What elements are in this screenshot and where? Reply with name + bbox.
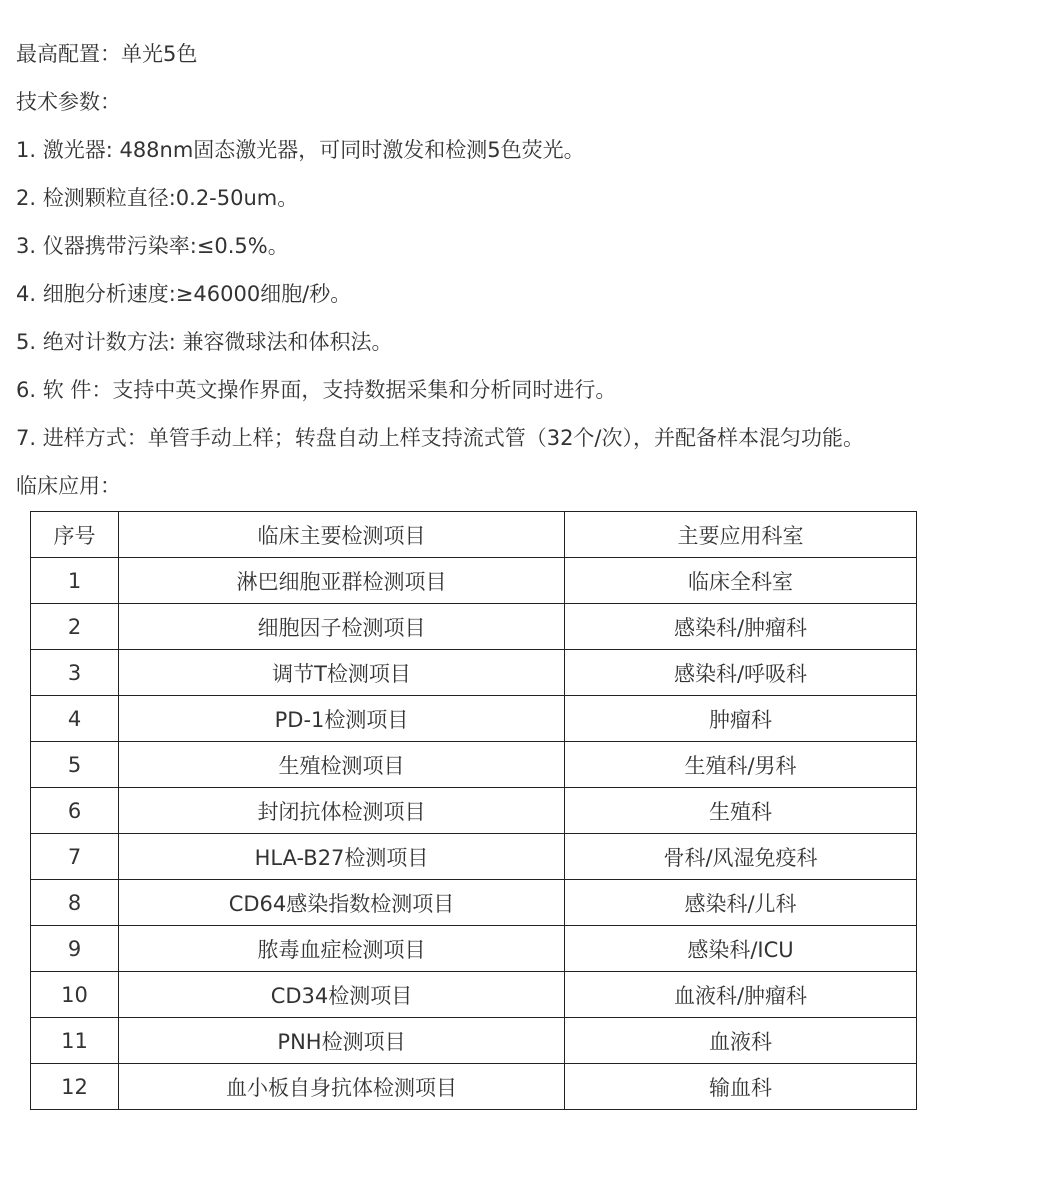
cell-number: 4	[31, 696, 119, 742]
cell-test-item: 脓毒血症检测项目	[119, 926, 565, 972]
clinical-applications-table: 序号 临床主要检测项目 主要应用科室 1 淋巴细胞亚群检测项目 临床全科室 2 …	[30, 511, 917, 1110]
table-row: 9 脓毒血症检测项目 感染科/ICU	[31, 926, 917, 972]
header-department: 主要应用科室	[565, 512, 917, 558]
cell-number: 5	[31, 742, 119, 788]
cell-number: 7	[31, 834, 119, 880]
cell-number: 12	[31, 1064, 119, 1110]
table-row: 3 调节T检测项目 感染科/呼吸科	[31, 650, 917, 696]
cell-department: 感染科/呼吸科	[565, 650, 917, 696]
cell-test-item: 封闭抗体检测项目	[119, 788, 565, 834]
cell-department: 肿瘤科	[565, 696, 917, 742]
table-row: 2 细胞因子检测项目 感染科/肿瘤科	[31, 604, 917, 650]
clinical-heading: 临床应用：	[16, 462, 1036, 510]
cell-test-item: 调节T检测项目	[119, 650, 565, 696]
cell-test-item: 细胞因子检测项目	[119, 604, 565, 650]
cell-department: 生殖科	[565, 788, 917, 834]
document-body: 最高配置：单光5色 技术参数： 1. 激光器: 488nm固态激光器，可同时激发…	[16, 30, 1036, 510]
cell-test-item: 淋巴细胞亚群检测项目	[119, 558, 565, 604]
cell-test-item: PNH检测项目	[119, 1018, 565, 1064]
cell-number: 11	[31, 1018, 119, 1064]
cell-test-item: CD64感染指数检测项目	[119, 880, 565, 926]
table-row: 7 HLA-B27检测项目 骨科/风湿免疫科	[31, 834, 917, 880]
cell-test-item: CD34检测项目	[119, 972, 565, 1018]
tech-param-item: 2. 检测颗粒直径:0.2-50um。	[16, 174, 1036, 222]
cell-number: 10	[31, 972, 119, 1018]
cell-test-item: 生殖检测项目	[119, 742, 565, 788]
tech-param-item: 1. 激光器: 488nm固态激光器，可同时激发和检测5色荧光。	[16, 126, 1036, 174]
tech-param-item: 6. 软 件：支持中英文操作界面，支持数据采集和分析同时进行。	[16, 366, 1036, 414]
table-row: 8 CD64感染指数检测项目 感染科/儿科	[31, 880, 917, 926]
tech-param-item: 3. 仪器携带污染率:≤0.5%。	[16, 222, 1036, 270]
cell-department: 临床全科室	[565, 558, 917, 604]
cell-number: 8	[31, 880, 119, 926]
cell-department: 输血科	[565, 1064, 917, 1110]
cell-department: 血液科/肿瘤科	[565, 972, 917, 1018]
cell-number: 9	[31, 926, 119, 972]
cell-department: 骨科/风湿免疫科	[565, 834, 917, 880]
table-row: 12 血小板自身抗体检测项目 输血科	[31, 1064, 917, 1110]
header-number: 序号	[31, 512, 119, 558]
table-row: 1 淋巴细胞亚群检测项目 临床全科室	[31, 558, 917, 604]
tech-param-item: 7. 进样方式：单管手动上样；转盘自动上样支持流式管（32个/次），并配备样本混…	[16, 414, 1036, 462]
table-row: 4 PD-1检测项目 肿瘤科	[31, 696, 917, 742]
cell-number: 2	[31, 604, 119, 650]
tech-param-item: 4. 细胞分析速度:≥46000细胞/秒。	[16, 270, 1036, 318]
table-header-row: 序号 临床主要检测项目 主要应用科室	[31, 512, 917, 558]
table-row: 5 生殖检测项目 生殖科/男科	[31, 742, 917, 788]
table-row: 11 PNH检测项目 血液科	[31, 1018, 917, 1064]
config-line: 最高配置：单光5色	[16, 30, 1036, 78]
cell-department: 感染科/肿瘤科	[565, 604, 917, 650]
tech-params-heading: 技术参数：	[16, 78, 1036, 126]
cell-department: 血液科	[565, 1018, 917, 1064]
cell-department: 生殖科/男科	[565, 742, 917, 788]
table-row: 6 封闭抗体检测项目 生殖科	[31, 788, 917, 834]
table-row: 10 CD34检测项目 血液科/肿瘤科	[31, 972, 917, 1018]
cell-department: 感染科/ICU	[565, 926, 917, 972]
cell-test-item: HLA-B27检测项目	[119, 834, 565, 880]
cell-number: 1	[31, 558, 119, 604]
cell-test-item: PD-1检测项目	[119, 696, 565, 742]
cell-department: 感染科/儿科	[565, 880, 917, 926]
header-test-item: 临床主要检测项目	[119, 512, 565, 558]
tech-param-item: 5. 绝对计数方法: 兼容微球法和体积法。	[16, 318, 1036, 366]
cell-number: 6	[31, 788, 119, 834]
cell-number: 3	[31, 650, 119, 696]
cell-test-item: 血小板自身抗体检测项目	[119, 1064, 565, 1110]
